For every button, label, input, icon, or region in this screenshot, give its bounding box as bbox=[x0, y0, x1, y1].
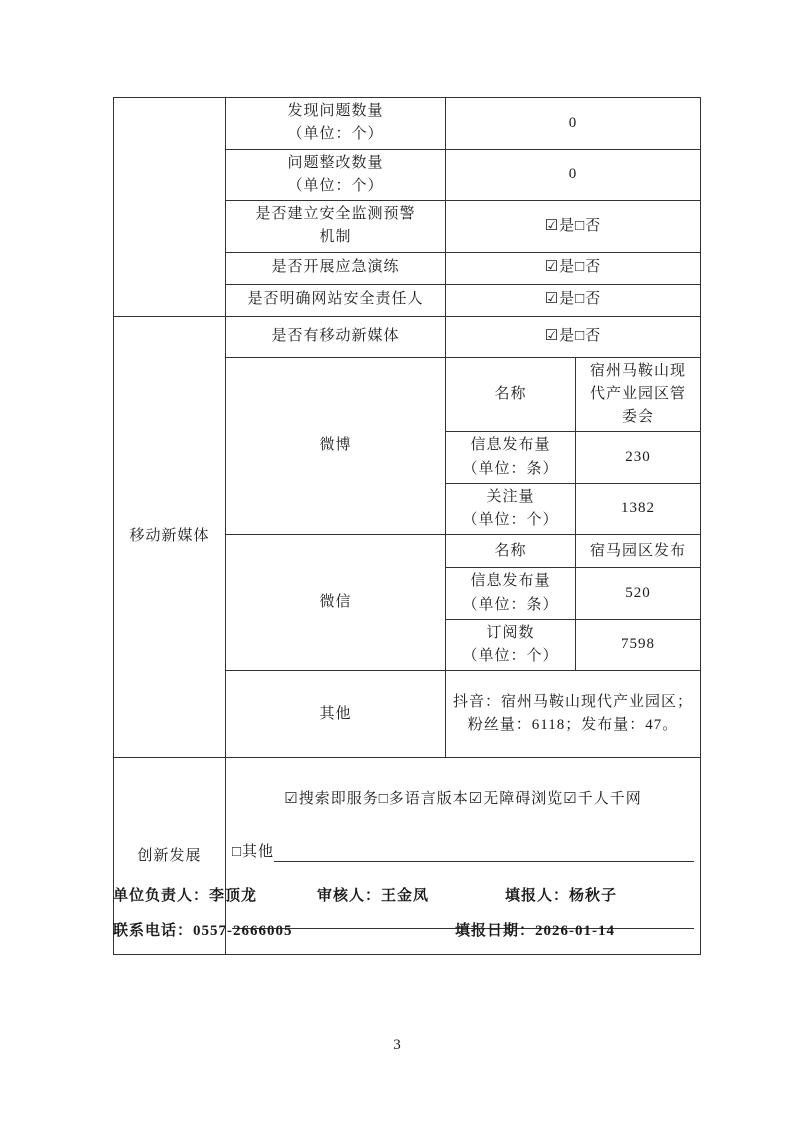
label-weibo-name: 名称 bbox=[446, 357, 576, 432]
page-number: 3 bbox=[0, 1037, 794, 1054]
label-wechat-name: 名称 bbox=[446, 535, 576, 568]
value-found-issues: 0 bbox=[446, 98, 701, 150]
innovation-other-blank-line bbox=[274, 837, 694, 862]
label-wechat-posts: 信息发布量 （单位：条） bbox=[446, 568, 576, 620]
label-other-media: 其他 bbox=[226, 671, 446, 758]
document-page: 发现问题数量 （单位：个） 0 问题整改数量 （单位：个） 0 是否建立安全监测… bbox=[0, 0, 794, 1122]
value-security-responsible-checkbox: ☑是□否 bbox=[446, 284, 701, 316]
unit-head-label: 单位负责人：李顶龙 bbox=[113, 884, 257, 905]
label-emergency-drill: 是否开展应急演练 bbox=[226, 252, 446, 284]
value-other-media: 抖音：宿州马鞍山现代产业园区； 粉丝量：6118；发布量：47。 bbox=[446, 671, 701, 758]
label-rectified-issues: 问题整改数量 （单位：个） bbox=[226, 149, 446, 201]
value-weibo-followers: 1382 bbox=[576, 483, 701, 535]
label-wechat-subscribers: 订阅数 （单位：个） bbox=[446, 619, 576, 671]
report-table: 发现问题数量 （单位：个） 0 问题整改数量 （单位：个） 0 是否建立安全监测… bbox=[113, 97, 701, 955]
innovation-other-line: □其他 bbox=[232, 837, 694, 867]
value-security-monitoring-checkbox: ☑是□否 bbox=[446, 201, 701, 253]
reviewer-label: 审核人：王金凤 bbox=[317, 884, 429, 905]
filler-label: 填报人：杨秋子 bbox=[505, 884, 617, 905]
label-weibo: 微博 bbox=[226, 357, 446, 535]
label-has-mobile-media: 是否有移动新媒体 bbox=[226, 316, 446, 357]
label-wechat: 微信 bbox=[226, 535, 446, 671]
value-has-mobile-media-checkbox: ☑是□否 bbox=[446, 316, 701, 357]
section-label-cell-empty bbox=[114, 98, 226, 317]
value-weibo-posts: 230 bbox=[576, 432, 701, 484]
label-security-responsible: 是否明确网站安全责任人 bbox=[226, 284, 446, 316]
report-date-label: 填报日期：2026-01-14 bbox=[455, 919, 615, 940]
value-emergency-drill-checkbox: ☑是□否 bbox=[446, 252, 701, 284]
label-found-issues: 发现问题数量 （单位：个） bbox=[226, 98, 446, 150]
value-rectified-issues: 0 bbox=[446, 149, 701, 201]
value-wechat-posts: 520 bbox=[576, 568, 701, 620]
value-weibo-name: 宿州马鞍山现 代产业园区管 委会 bbox=[576, 357, 701, 432]
section-label-mobile-media: 移动新媒体 bbox=[114, 316, 226, 758]
label-security-monitoring: 是否建立安全监测预警 机制 bbox=[226, 201, 446, 253]
value-wechat-name: 宿马园区发布 bbox=[576, 535, 701, 568]
value-wechat-subscribers: 7598 bbox=[576, 619, 701, 671]
innovation-options-line: ☑搜索即服务□多语言版本☑无障碍浏览☑千人千网 bbox=[232, 784, 694, 814]
contact-phone-label: 联系电话：0557-2666005 bbox=[113, 919, 293, 940]
innovation-other-checkbox-label: □其他 bbox=[232, 837, 274, 867]
label-weibo-followers: 关注量 （单位：个） bbox=[446, 483, 576, 535]
label-weibo-posts: 信息发布量 （单位：条） bbox=[446, 432, 576, 484]
